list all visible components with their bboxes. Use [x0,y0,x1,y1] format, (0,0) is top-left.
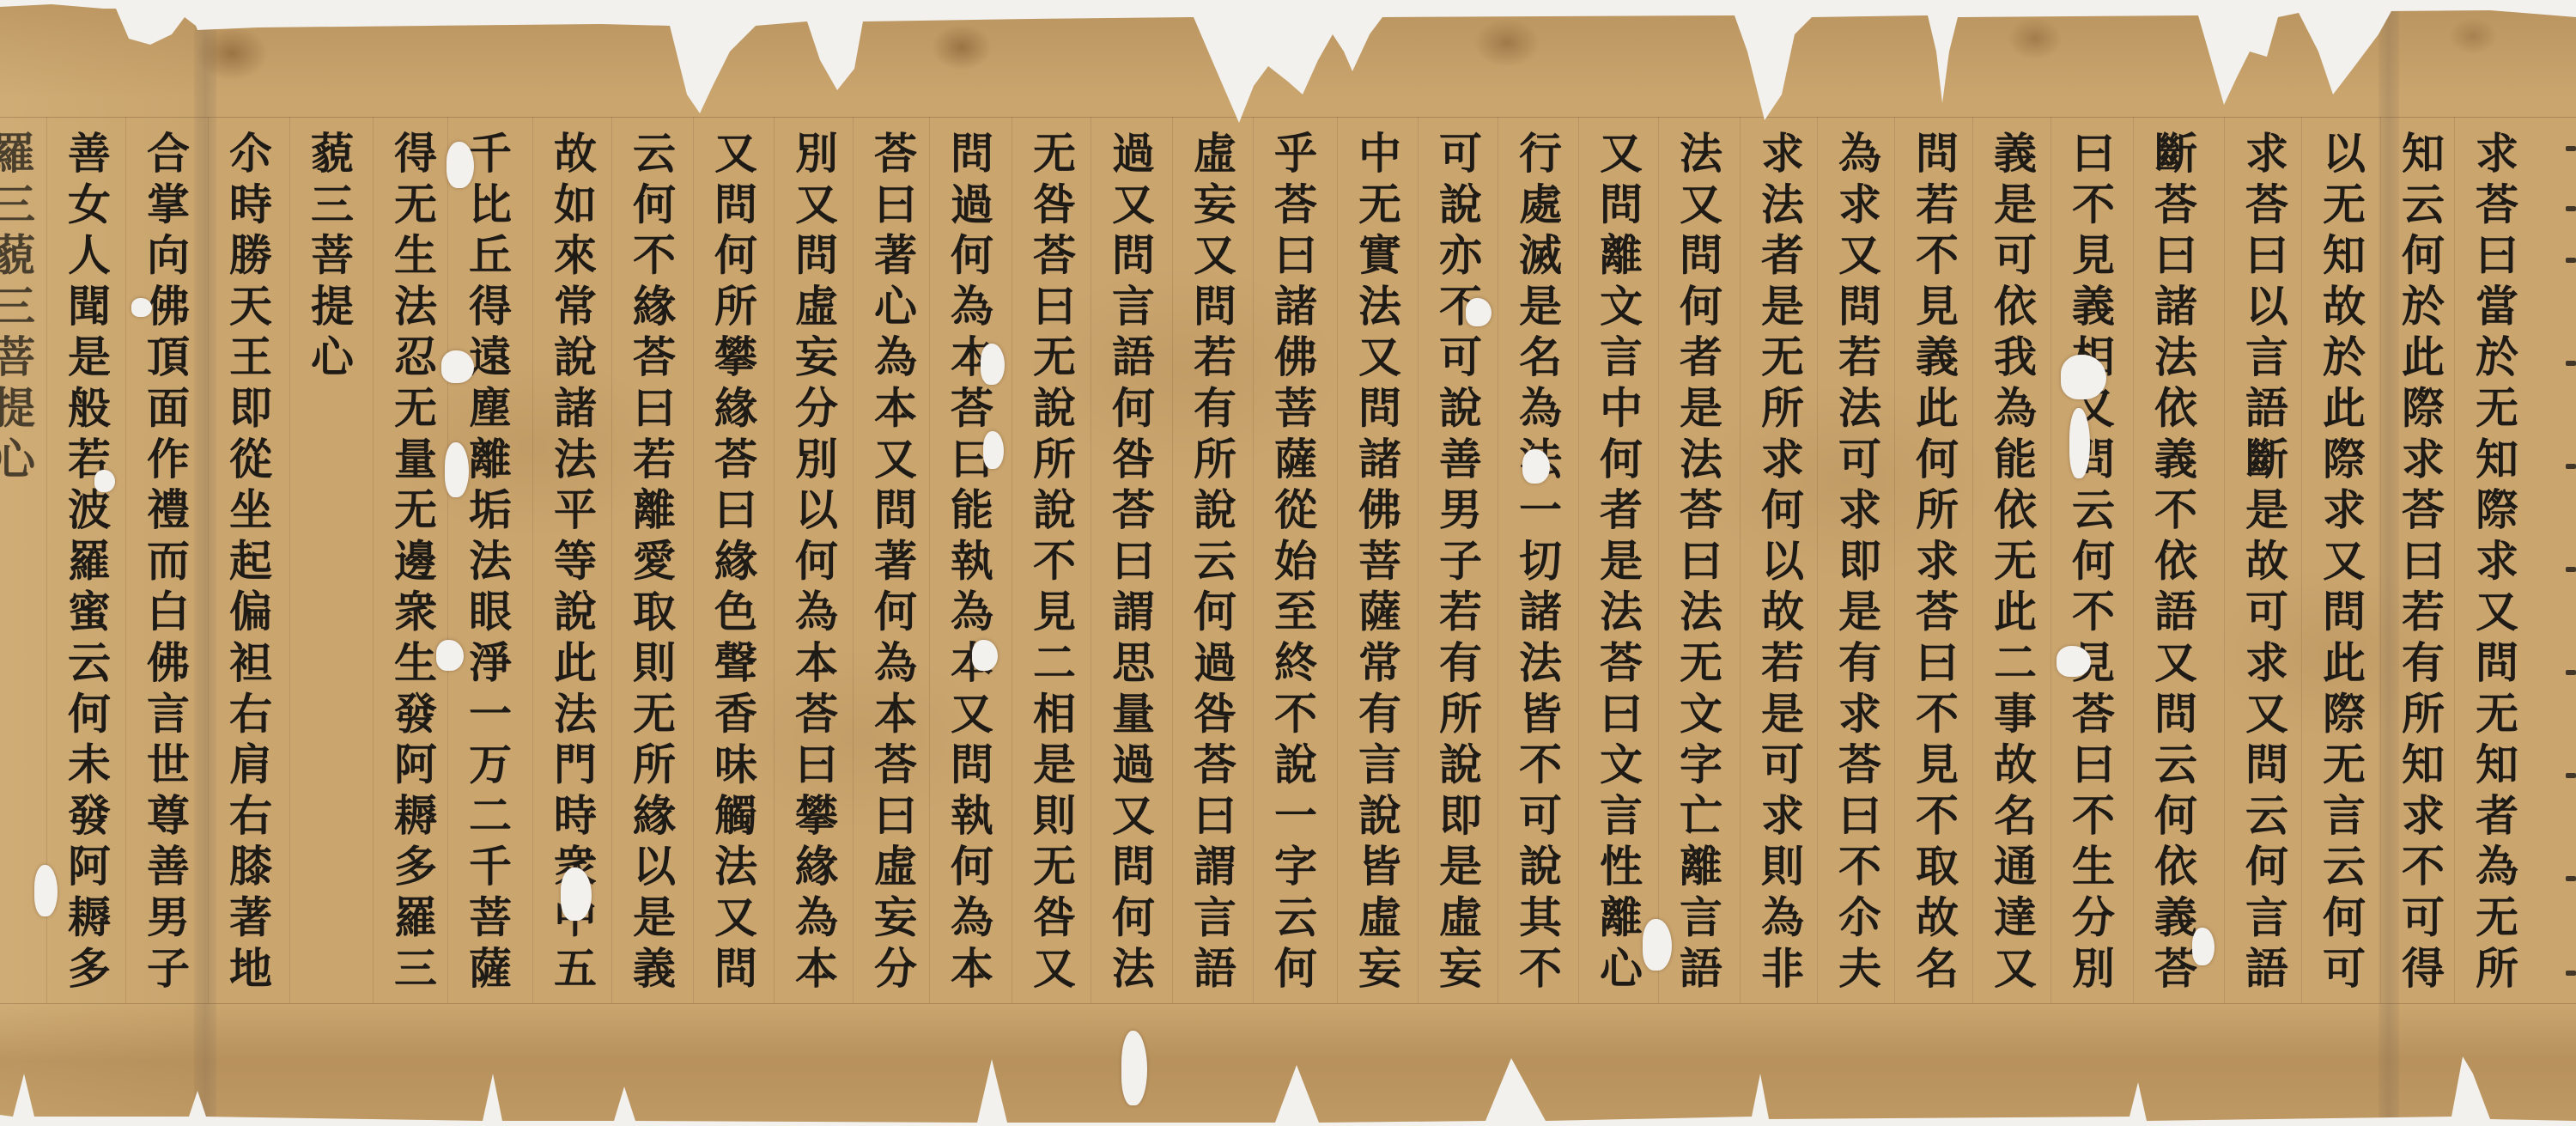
text-column: 法又問何者是法荅曰法无文字亡離言語 [1658,117,1737,1003]
text-column: 合掌向佛頂面作禮而白佛言世尊善男子 [125,117,204,1003]
paper-hole [436,640,464,671]
paper-hole [34,865,58,916]
text-column: 為求又問若法可求即是有求荅曰不尒夫 [1817,117,1896,1003]
paper-hole [981,344,1005,385]
text-column: 求荅曰當於无知際求又問无知者為无所 [2454,117,2533,1003]
paper-hole [1466,298,1492,326]
ink-fragment [2566,567,2576,572]
text-column: 求法者是无所求何以故若是可求則為非 [1740,117,1819,1003]
paper-hole [2061,355,2106,399]
ink-fragment [2566,206,2576,211]
ink-fragment [2566,361,2576,366]
paper-hole [94,470,115,492]
ink-fragment [2566,773,2576,778]
paper-hole [1121,1031,1147,1105]
text-column: 可說亦不可說善男子若有所說即是虛妄 [1418,117,1497,1003]
paper-hole [447,142,474,188]
text-column: 虛妄又問若有所說云何過咎荅曰謂言語 [1172,117,1251,1003]
ink-fragment [2566,146,2576,151]
text-column: 求荅曰以言語斷是故可求又問云何言語 [2224,117,2303,1003]
bottom-ruled-line [0,1003,2576,1004]
manuscript-scroll: 求荅曰當於无知際求又問无知者為无所 知云何於此際求荅曰若有所知求不可得 以无知故… [0,0,2576,1126]
text-column: 又問離文言中何者是法荅曰文言性離心 [1578,117,1657,1003]
ink-fragment [2566,258,2576,263]
paper-hole [441,350,474,383]
text-column: 中无實法又問諸佛菩薩常有言說皆虛妄 [1337,117,1416,1003]
text-column: 別又問虛妄分別以何為本荅曰攀緣為本 [774,117,853,1003]
text-column: 千比丘得遠塵離垢法眼淨一万二千菩薩 [447,117,526,1003]
ink-fragment [2566,971,2576,976]
text-column: 過又問言語何咎荅曰謂思量過又問何法 [1091,117,1170,1003]
ink-fragment [2566,876,2576,881]
paper-hole [1522,449,1550,484]
text-column: 藐三菩提心 [289,117,368,1003]
text-column: 問若不見義此何所求荅曰不見不取故名 [1894,117,1973,1003]
paper-hole [2057,646,2091,677]
text-column: 斷荅曰諸法依義不依語又問云何依義荅 [2133,117,2212,1003]
text-column: 荅曰著心為本又問著何為本荅曰虛妄分 [853,117,932,1003]
paper-hole [2192,928,2215,965]
text-column: 又問何所攀緣荅曰緣色聲香味觸法又問 [693,117,772,1003]
text-column: 得无生法忍无量无邊衆生發阿耨多羅三 [373,117,452,1003]
paper-hole [1643,919,1672,971]
ink-fragment [2566,464,2576,469]
ink-fragment [2566,670,2576,675]
text-column: 无咎荅曰无說所說不見二相是則无咎又 [1012,117,1091,1003]
text-column: 問過何為本荅曰能執為本又問執何為本 [929,117,1008,1003]
text-column: 云何不緣荅曰若離愛取則无所緣以是義 [611,117,690,1003]
text-column: 知云何於此際求荅曰若有所知求不可得 [2380,117,2459,1003]
paper-hole [2069,408,2090,478]
text-column: 尒時勝天王即從坐起偏袒右肩右膝著地 [208,117,287,1003]
paper-hole [972,640,998,671]
text-column: 行處滅是名為法一切諸法皆不可說其不 [1498,117,1577,1003]
paper-hole [983,431,1004,469]
text-column: 善女人聞是般若波羅蜜云何未發阿耨多 [46,117,125,1003]
text-column: 乎荅曰諸佛菩薩從始至終不說一字云何 [1253,117,1332,1003]
text-column: 曰不見義相又問云何不見荅曰不生分別 [2050,117,2129,1003]
text-column: 義是可依我為能依无此二事故名通達又 [1972,117,2051,1003]
paper-hole [445,442,469,497]
text-column: 以无知故於此際求又問此際无言云何可 [2301,117,2380,1003]
paper-hole [561,867,592,921]
paper-hole [131,298,152,317]
